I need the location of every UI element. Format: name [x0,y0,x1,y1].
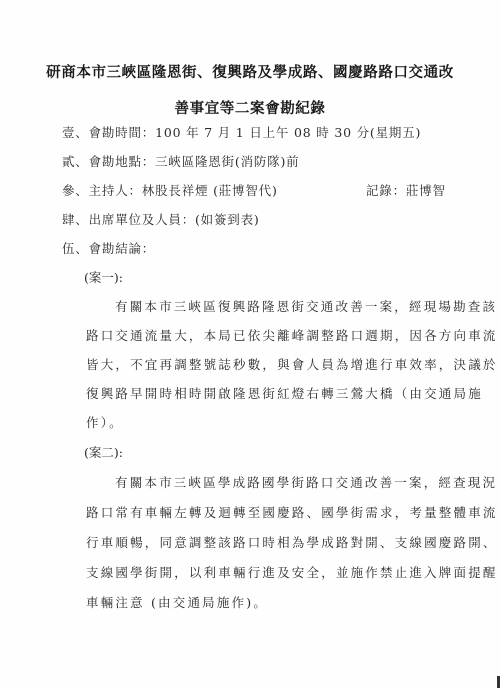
meeting-location: 貳、會勘地點：三峽區隆恩街(消防隊)前 [62,152,299,170]
case-2-line-3: 行車順暢，同意調整該路口時相為學成路對開、支線國慶路開、 [86,533,498,551]
document-title-line-2: 善事宜等二案會勘紀錄 [0,97,500,118]
document-title-line-1: 研商本市三峽區隆恩街、復興路及學成路、國慶路路口交通改 [0,61,500,82]
case-2-line-5: 車輛注意 (由交通局施作)。 [86,593,268,611]
case-1-line-4: 復興路早開時相時開啟隆恩街紅燈右轉三鶯大橋（由交通局施 [86,384,483,402]
case-1-line-2: 路口交通流量大，本局已依尖離峰調整路口週期，因各方向車流 [86,326,498,344]
case-1-label: (案一): [84,268,123,286]
case-1-line-1: 有關本市三峽區復興路隆恩街交通改善一案，經現場勘查該 [115,297,497,315]
conclusions-heading: 伍、會勘結論： [62,239,155,257]
attendees: 肆、出席單位及人員：(如簽到表) [62,210,260,228]
meeting-time: 壹、會勘時間：100 年 7 月 1 日上午 08 時 30 分(星期五) [62,123,421,141]
meeting-host: 參、主持人：林股長祥煙 (莊博智代) [62,181,278,199]
meeting-recorder: 記錄：莊博智 [366,181,446,199]
case-2-line-2: 路口常有車輛左轉及迴轉至國慶路、國學街需求，考量整體車流 [86,503,498,521]
case-2-line-1: 有關本市三峽區學成路國學街路口交通改善一案，經查現況 [115,473,497,491]
case-2-label: (案二): [84,443,123,461]
scanned-document-page: 研商本市三峽區隆恩街、復興路及學成路、國慶路路口交通改 善事宜等二案會勘紀錄 壹… [0,0,500,688]
case-2-line-4: 支線國學街開，以利車輛行進及安全，並施作禁止進入牌面提醒 [86,563,498,581]
case-1-line-5: 作）。 [86,413,124,431]
case-1-line-3: 皆大，不宜再調整號誌秒數，與會人員為增進行車效率，決議於 [86,355,498,373]
